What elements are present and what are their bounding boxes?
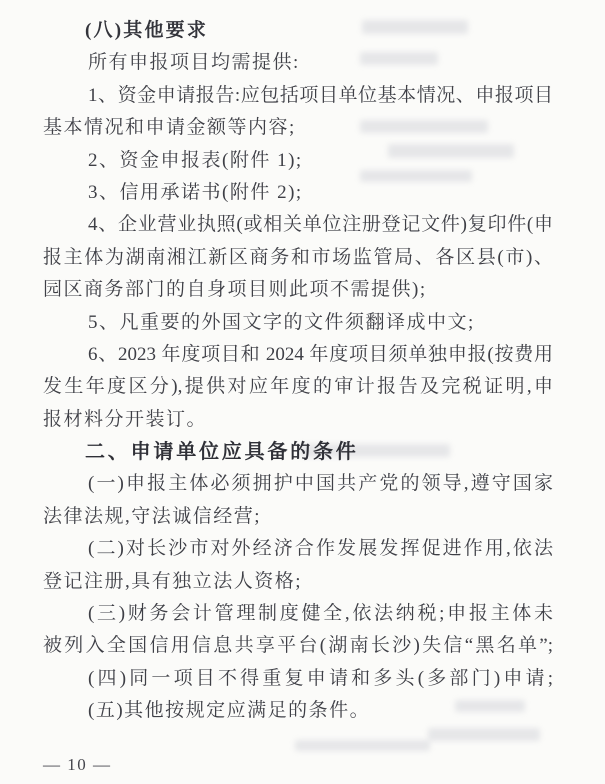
- line-item6-yearly-part3: 报材料分开装订。: [43, 404, 553, 436]
- line-intro-all-projects: 所有申报项目均需提供:: [43, 47, 553, 79]
- line-item3-credit-letter: 3、信用承诺书(附件 2);: [43, 177, 553, 209]
- line-item4-license-part2: 报主体为湖南湘江新区商务和市场监管局、各区县(市)、: [43, 242, 553, 274]
- line-item6-yearly-part2: 发生年度区分),提供对应年度的审计报告及完税证明,申: [43, 371, 553, 403]
- line-cond1-part2: 法律法规,守法诚信经营;: [43, 501, 553, 533]
- bleedthrough-smudge: [428, 728, 540, 741]
- line-cond2-part2: 登记注册,具有独立法人资格;: [43, 566, 553, 598]
- line-cond1-part1: (一)申报主体必须拥护中国共产党的领导,遵守国家: [43, 468, 553, 500]
- scanned-document-page: { "colors": { "background": "#fbfbf9", "…: [0, 0, 605, 784]
- line-cond3-part1: (三)财务会计管理制度健全,依法纳税;申报主体未: [43, 598, 553, 630]
- line-item4-license-part3: 园区商务部门的自身项目则此项不需提供);: [43, 274, 553, 306]
- line-item6-yearly-part1: 6、2023 年度项目和 2024 年度项目须单独申报(按费用: [43, 339, 553, 371]
- line-cond5-other-conditions: (五)其他按规定应满足的条件。: [43, 695, 553, 727]
- bleedthrough-smudge: [295, 740, 430, 751]
- line-cond2-part1: (二)对长沙市对外经济合作发展发挥促进作用,依法: [43, 533, 553, 565]
- line-item1-fund-report-part2: 基本情况和申请金额等内容;: [43, 112, 553, 144]
- line-item2-application-form: 2、资金申报表(附件 1);: [43, 145, 553, 177]
- line-item5-translation: 5、凡重要的外国文字的文件须翻译成中文;: [43, 307, 553, 339]
- line-item1-fund-report-part1: 1、资金申请报告:应包括项目单位基本情况、申报项目: [43, 80, 553, 112]
- document-body: (八)其他要求 所有申报项目均需提供: 1、资金申请报告:应包括项目单位基本情况…: [43, 15, 553, 728]
- line-item4-license-part1: 4、企业营业执照(或相关单位注册登记文件)复印件(申: [43, 209, 553, 241]
- page-number: — 10 —: [43, 755, 112, 775]
- heading-applicant-conditions: 二、申请单位应具备的条件: [43, 436, 553, 468]
- line-cond3-part2: 被列入全国信用信息共享平台(湖南长沙)失信“黑名单”;: [43, 630, 553, 662]
- heading-other-requirements: (八)其他要求: [43, 15, 553, 47]
- line-cond4-duplicate-apply: (四)同一项目不得重复申请和多头(多部门)申请;: [43, 663, 553, 695]
